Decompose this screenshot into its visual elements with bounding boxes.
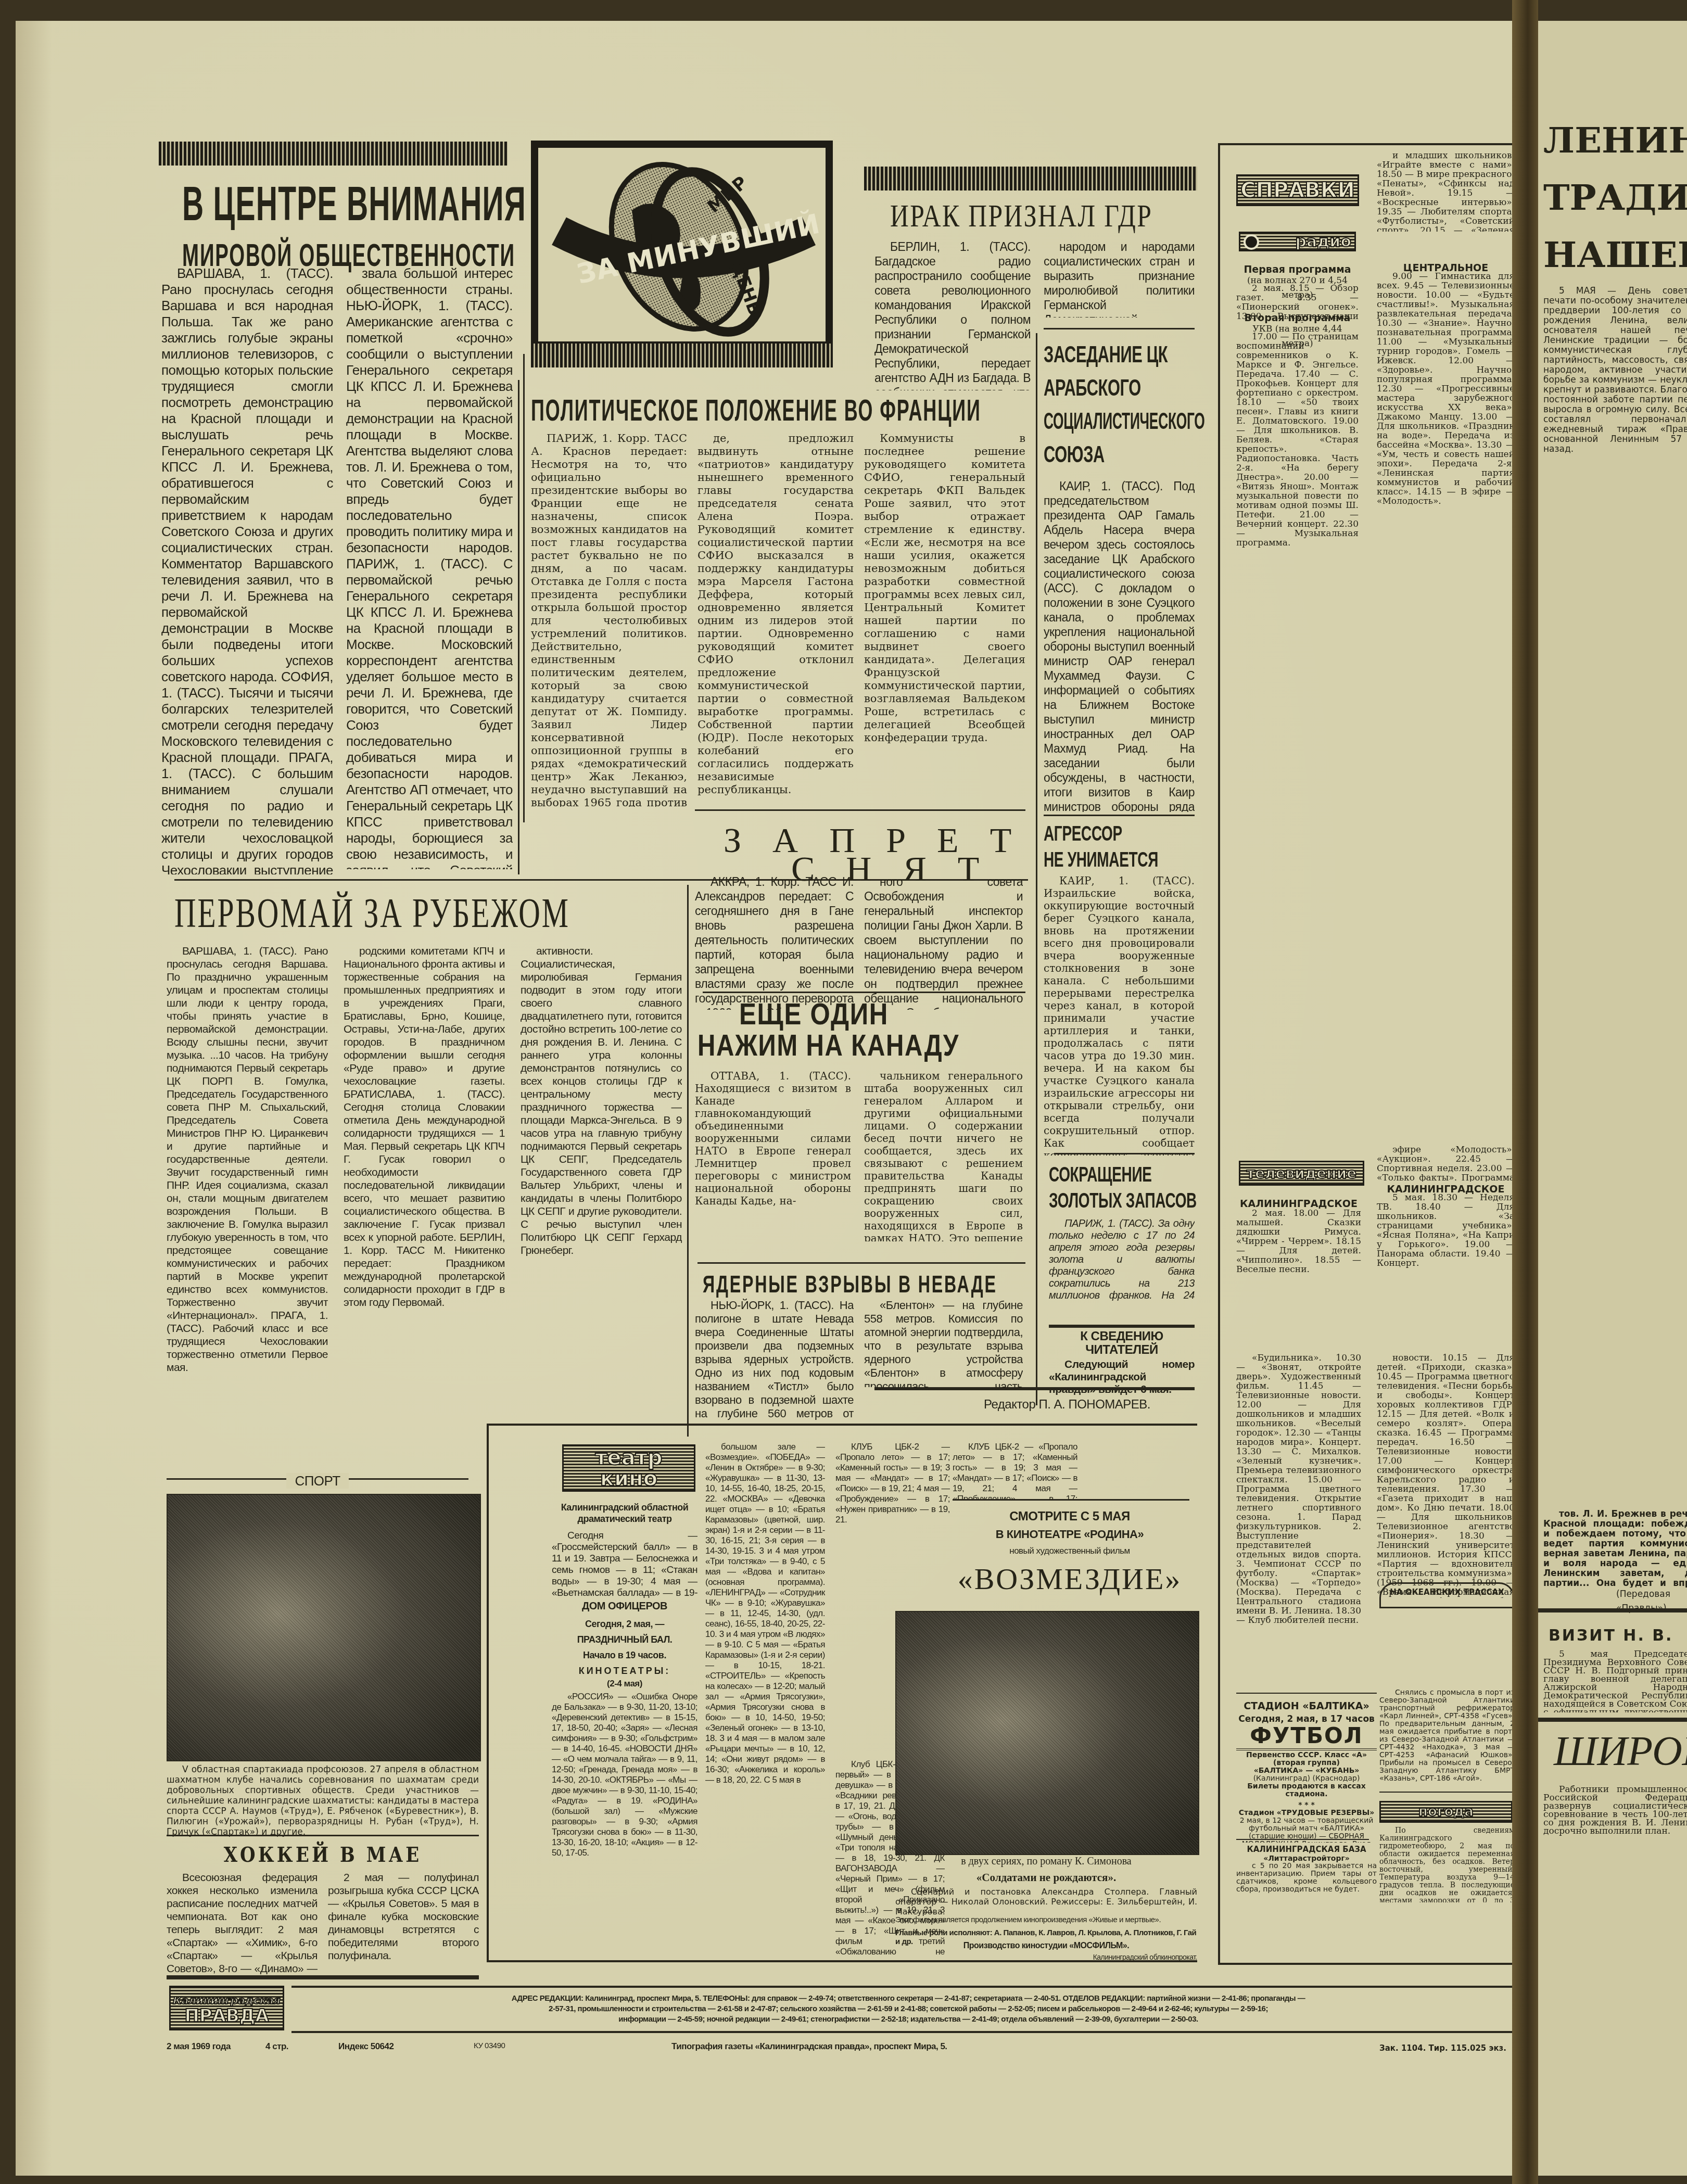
article-text: Всесоюзная федерация хоккея несколько из… <box>167 1871 318 1975</box>
article-column: Коммунисты в последнее решение руководящ… <box>864 432 1025 807</box>
headline-mayday-abroad: ПЕРВОМАЙ ЗА РУБЕЖОМ <box>174 890 570 937</box>
tv-schedule: эфире «Молодость». «Аукцион». 22.45 — Сп… <box>1377 1145 1515 1182</box>
next-page: ЛЕНИНСК ТРАДИЦ НАШЕЙ 5 МАЯ — День советс… <box>1538 21 1687 2176</box>
next-page-text: 5 МАЯ — День советской печати по-особому… <box>1543 286 1687 1561</box>
column-divider <box>518 380 519 874</box>
decorative-bar <box>864 167 1197 191</box>
cinema-listing: КЛУБ ЦБК-2 — «Пропало лето» — в 17; «Кам… <box>835 1442 950 1525</box>
schedule-text: «Будильника». 10.30 — «Звонят, откройте … <box>1236 1353 1361 1625</box>
article-text: звала большой интерес общественности стр… <box>346 265 513 869</box>
article-text: активности. Социалистическая, миролюбива… <box>521 945 682 1257</box>
article-column: АККРА, 1. Корр. ТАСС И. Александров пере… <box>695 874 854 1010</box>
readers-notice-title-1: К СВЕДЕНИЮ <box>1049 1330 1195 1343</box>
credits-text: Сценарий и постановка Александра Столпер… <box>895 1887 1197 1916</box>
divider <box>1054 1153 1195 1154</box>
newspaper-page: В ЦЕНТРЕ ВНИМАНИЯ МИРОВОЙ ОБЩЕСТВЕННОСТИ… <box>16 21 1525 2176</box>
headline-line: СОЮЗА <box>1044 438 1149 472</box>
headline-aggressor-1: АГРЕССОР <box>1044 822 1122 846</box>
theatre-cinema-logo: театр кино <box>562 1444 695 1492</box>
article-text: КАИР, 1. (ТАСС). Под председательством п… <box>1044 479 1195 812</box>
article-text: 2 мая — полуфинал розыгрыша кубка СССР Ц… <box>328 1871 479 1962</box>
article-column: ного совета Освобождения и генеральный и… <box>864 874 1023 1010</box>
film-studio: Производство киностудии «МОСФИЛЬМ». <box>895 1941 1197 1951</box>
article-text: ного совета Освобождения и генеральный и… <box>864 874 1023 1010</box>
divider <box>953 1499 1189 1501</box>
schedule-text: 17.00 — По страницам воспоминаний соврем… <box>1236 332 1359 548</box>
film-ad-line: В КИНОТЕАТРЕ «РОДИНА» <box>947 1528 1192 1541</box>
article-text: «Блентон» — на глубине 558 метров. Комис… <box>864 1299 1023 1387</box>
cinema-listing: КЛУБ ЦБК-2 — «Пропало лето» — в 17; «Кам… <box>953 1442 1077 1499</box>
stadium-title: СТАДИОН «БАЛТИКА» <box>1236 1699 1377 1713</box>
football-league: Первенство СССР. Класс «А» (вторая групп… <box>1236 1751 1377 1767</box>
column-divider <box>523 354 525 822</box>
article-text: 5 мая Председатель Президиума Верховного… <box>1543 1650 1687 1712</box>
article-column: КАИР, 1. (ТАСС). Под председательством п… <box>1044 479 1195 812</box>
schedule-text: 5 мая. 18.30 — Неделя ТВ. 18.40 — Для шк… <box>1377 1193 1515 1268</box>
radio-logo: радио <box>1239 232 1356 251</box>
headline-aggressor-2: НЕ УНИМАЕТСЯ <box>1044 848 1158 872</box>
film-distributor: Калининградский облкинопрокат. <box>1051 1953 1197 1961</box>
editor-name: Редактор П. А. ПОНОМАРЕВ. <box>984 1398 1150 1412</box>
theatre-listing: Сегодня — «Гроссмейстерский балл» — в 11… <box>552 1530 697 1598</box>
article-text: Следующий номер «Калининградской правды»… <box>1049 1358 1195 1396</box>
section-sport-label: СПОРТ <box>286 1473 348 1489</box>
tv-schedule: 9.00 — Гимнастика для всех. 9.45 — Телев… <box>1377 272 1515 1146</box>
article-text: АККРА, 1. Корр. ТАСС И. Александров пере… <box>695 874 854 1010</box>
editorial-address: АДРЕС РЕДАКЦИИ: Калининград, проспект Ми… <box>291 1993 1525 2025</box>
issue-date: 2 мая 1969 года <box>167 2041 231 2052</box>
stadium2-title: Стадион «ТРУДОВЫЕ РЕЗЕРВЫ» <box>1236 1809 1377 1817</box>
football-cities: (Калининград) (Краснодар) <box>1236 1775 1377 1783</box>
listing-text: КЛУБ ЦБК-2 — «Пропало лето» — в 17; «Кам… <box>953 1442 1077 1499</box>
article-text: де, предложил выдвинуть отныне «патриото… <box>697 432 854 796</box>
article-text: Работники промышленности Российской Феде… <box>1543 1785 1687 1835</box>
page-number: 4 стр. <box>265 2041 288 2052</box>
listing-text: Сегодня — «Гроссмейстерский балл» — в 11… <box>552 1530 697 1598</box>
tv-schedule: новости. 10.15 — Для детей. «Приходи, ск… <box>1377 1353 1515 1598</box>
divider <box>167 1975 479 1979</box>
film-novel: «Солдатами не рождаются». <box>895 1871 1197 1884</box>
headline-line: СОЦИАЛИСТИЧЕСКОГО <box>1044 405 1134 438</box>
football-info: Первенство СССР. Класс «А» (вторая групп… <box>1236 1751 1377 1843</box>
film-ad-line: СМОТРИТЕ С 5 МАЯ <box>947 1509 1192 1524</box>
listing-text: «РОССИЯ» — «Ошибка Оноре де Бальзака» — … <box>552 1692 697 1858</box>
address-line: АДРЕС РЕДАКЦИИ: Калининград, проспект Ми… <box>291 1993 1525 2004</box>
article-text: родскими комитетами КПЧ и Национального … <box>344 945 505 1309</box>
divider <box>703 992 1025 993</box>
radio-icon <box>1244 234 1259 250</box>
column-divider <box>687 885 689 1437</box>
next-headline: НАШЕЙ <box>1543 234 1687 276</box>
officers-listing: Начало в 19 часов. <box>552 1650 697 1661</box>
divider <box>1236 1839 1369 1840</box>
divider <box>874 1387 1195 1390</box>
decorative-bar <box>531 344 833 367</box>
reference-logo: СПРАВКИ <box>1236 174 1359 206</box>
headline-canada-2: НАЖИМ НА КАНАДУ <box>697 1028 959 1063</box>
world-day-logo-frame: ЗА МИНУВШИЙ МИР ДЕНЬ <box>531 141 833 349</box>
section-sport: СПОРТ <box>167 1473 468 1489</box>
headline-line: АРАБСКОГО <box>1044 372 1149 405</box>
article-column: звала большой интерес общественности стр… <box>346 265 513 869</box>
article-text: ПАРИЖ, 1. (ТАСС). За одну только неделю … <box>1049 1218 1195 1301</box>
spacer <box>713 1811 828 1812</box>
article-text: тов. Л. И. Брежнев в речи на Красной пло… <box>1543 1509 1687 1588</box>
divider <box>1538 1608 1687 1612</box>
film-ad-line: новый художественный фильм <box>947 1546 1192 1556</box>
schedule-text: 2 мая. 18.00 — Для малышей. Сказки дядюш… <box>1236 1209 1361 1274</box>
divider <box>1044 328 1195 329</box>
divider <box>695 809 1025 811</box>
column-divider <box>1036 333 1037 1405</box>
article-column: ОТТАВА, 1. (ТАСС). Находящиеся с визитом… <box>695 1070 851 1241</box>
headline-gold-2: ЗОЛОТЫХ ЗАПАСОВ <box>1049 1189 1197 1213</box>
divider <box>1538 1718 1687 1722</box>
divider <box>1044 815 1195 816</box>
article-text: ВАРШАВА, 1. (ТАСС). Рано проснулась сего… <box>167 945 328 1374</box>
subscription-index: Индекс 50642 <box>338 2041 394 2052</box>
caption-text: V областная спартакиада профсоюзов. 27 а… <box>167 1764 479 1837</box>
article-column: родскими комитетами КПЧ и Национального … <box>344 945 505 1470</box>
article-column: ВАРШАВА, 1. (ТАСС). Рано проснулась сего… <box>161 265 333 874</box>
football-logo: ФУТБОЛ <box>1236 1723 1377 1750</box>
weather-forecast: По сведениям Калининградского гидрометео… <box>1379 1827 1515 1902</box>
photo-film-still <box>895 1611 1199 1855</box>
headline-nevada: ЯДЕРНЫЕ ВЗРЫВЫ В НЕВАДЕ <box>703 1270 997 1298</box>
base-body: с 5 по 20 мая закрывается на инвентариза… <box>1236 1862 1377 1901</box>
schedule-text: новости. 10.15 — Для детей. «Приходи, ск… <box>1377 1353 1515 1598</box>
headline-line: ЗАСЕДАНИЕ ЦК <box>1044 338 1149 372</box>
tv-schedule: 5 мая. 18.30 — Неделя ТВ. 18.40 — Для шк… <box>1377 1193 1515 1349</box>
article-column: НЬЮ-ЙОРК, 1. (ТАСС). На полигоне в штате… <box>695 1299 854 1424</box>
headline-gold-1: СОКРАЩЕНИЕ <box>1049 1163 1152 1187</box>
divider <box>1236 1693 1377 1694</box>
article-column: ПАРИЖ, 1. Корр. ТАСС А. Краснов передает… <box>531 432 687 807</box>
cinema-listing: «РОССИЯ» — «Ошибка Оноре де Бальзака» — … <box>552 1692 697 1952</box>
football-match: «БАЛТИКА» — «КУБАНЬ» <box>1236 1767 1377 1775</box>
film-title: «ВОЗМЕЗДИЕ» <box>947 1561 1192 1596</box>
officers-house-title: ДОМ ОФИЦЕРОВ <box>552 1601 697 1612</box>
tv-schedule: «Будильника». 10.30 — «Звонят, откройте … <box>1236 1353 1361 1686</box>
article-column: КАИР, 1. (ТАСС). Израильские войска, окк… <box>1044 874 1195 1156</box>
address-line: информации — 2-45-59; ночной редакции — … <box>291 2014 1525 2025</box>
ocean-routes-body: Снялись с промысла в порт из Северо-Запа… <box>1379 1689 1515 1788</box>
photo-caption: V областная спартакиада профсоюзов. 27 а… <box>167 1764 479 1837</box>
logo-text: кино <box>600 1468 657 1489</box>
decorative-bar <box>159 142 508 166</box>
divider <box>291 1986 1525 1988</box>
headline-canada-1: ЕЩЕ ОДИН <box>739 997 889 1032</box>
next-page-text: 5 мая Председатель Президиума Верховного… <box>1543 1650 1687 1712</box>
cinemas-heading: КИНОТЕАТРЫ: <box>552 1666 697 1677</box>
divider <box>1379 1792 1512 1793</box>
radio-schedule: и младших школьников. «Играйте вместе с … <box>1377 151 1515 232</box>
listing-text: КЛУБ ЦБК-2 — «Пропало лето» — в 17; «Кам… <box>835 1442 950 1525</box>
readers-notice-body: Следующий номер «Калининградской правды»… <box>1049 1358 1195 1400</box>
cinema-listing: большом зале — «Возмездие». «ПОБЕДА» — «… <box>705 1442 825 1952</box>
newspaper-logo: Калининградская ПРАВДА <box>169 1986 284 2030</box>
football-tickets: Билеты продаются в кассах стадиона. <box>1236 1783 1377 1798</box>
next-page-text: тов. Л. И. Брежнев в речи на Красной пло… <box>1543 1509 1687 1588</box>
article-text: народом и народами социалистических стра… <box>1044 239 1195 318</box>
divider <box>1049 1325 1195 1328</box>
listing-text: большом зале — «Возмездие». «ПОБЕДА» — «… <box>705 1442 825 1785</box>
article-text: Коммунисты в последнее решение руководящ… <box>864 432 1025 744</box>
divider <box>167 1835 479 1836</box>
article-text: НЬЮ-ЙОРК, 1. (ТАСС). На полигоне в штате… <box>695 1299 854 1424</box>
page-gutter <box>1512 0 1538 2184</box>
headline-france: ПОЛИТИЧЕСКОЕ ПОЛОЖЕНИЕ ВО ФРАНЦИИ <box>531 393 981 428</box>
officers-listing: ПРАЗДНИЧНЫЙ БАЛ. <box>552 1634 697 1645</box>
article-text: ОТТАВА, 1. (ТАСС). Находящиеся с визитом… <box>695 1070 851 1207</box>
article-column: Всесоюзная федерация хоккея несколько из… <box>167 1871 318 1975</box>
photo-chess-players <box>167 1494 481 1761</box>
logo-text: телевидение <box>1247 1165 1357 1182</box>
forecast-text: По сведениям Калининградского гидрометео… <box>1379 1827 1515 1902</box>
notice-text: с 5 по 20 мая закрывается на инвентариза… <box>1236 1862 1377 1894</box>
article-text: чальником генерального штаба вооруженных… <box>864 1070 1023 1241</box>
article-column: «Блентон» — на глубине 558 метров. Комис… <box>864 1299 1023 1387</box>
ku-code: КУ 03490 <box>474 2041 505 2050</box>
article-column: активности. Социалистическая, миролюбива… <box>521 945 682 1460</box>
headline-center-attention: В ЦЕНТРЕ ВНИМАНИЯ <box>182 177 526 232</box>
next-headline: ШИРОК <box>1554 1728 1687 1775</box>
logo-text: театр <box>595 1447 662 1468</box>
divider <box>291 2031 1525 2033</box>
film-series: в двух сериях, по роману К. Симонова <box>895 1856 1197 1868</box>
headline-arab-union: ЗАСЕДАНИЕ ЦК АРАБСКОГО СОЦИАЛИСТИЧЕСКОГО… <box>1044 338 1195 472</box>
logo-text: радио <box>1295 233 1351 251</box>
logo-text: погода <box>1418 1804 1474 1820</box>
cinemas-dates: (2-4 мая) <box>552 1679 697 1689</box>
drama-theatre-name: Калининградский областной драматический … <box>552 1502 697 1533</box>
article-text: ВАРШАВА, 1. (ТАСС). Рано проснулась сего… <box>161 265 333 874</box>
schedule-text: 9.00 — Гимнастика для всех. 9.45 — Телев… <box>1377 272 1515 506</box>
article-text: БЕРЛИН, 1. (ТАСС). Багдадское радио расп… <box>874 239 1031 390</box>
article-column: чальником генерального штаба вооруженных… <box>864 1070 1023 1241</box>
headline-hockey: ХОККЕЙ В МАЕ <box>190 1843 455 1867</box>
next-headline: ТРАДИЦ <box>1543 177 1687 219</box>
next-headline: ЛЕНИНСК <box>1543 120 1687 161</box>
article-text: ПАРИЖ, 1. Корр. ТАСС А. Краснов передает… <box>531 432 687 807</box>
schedule-text: и младших школьников. «Играйте вместе с … <box>1377 151 1515 232</box>
article-column: народом и народами социалистических стра… <box>1044 239 1195 318</box>
article-column: 2 мая — полуфинал розыгрыша кубка СССР Ц… <box>328 1871 479 1965</box>
film-sequel-text: Этот фильм является продолжением кинопро… <box>895 1915 1197 1924</box>
readers-notice-title-2: ЧИТАТЕЛЕЙ <box>1049 1343 1195 1357</box>
next-page-text: Работники промышленности Российской Феде… <box>1543 1785 1687 1983</box>
notice-text: Снялись с промысла в порт из Северо-Запа… <box>1379 1689 1515 1783</box>
article-text: КАИР, 1. (ТАСС). Израильские войска, окк… <box>1044 874 1195 1156</box>
print-order: Зак. 1104. Тир. 115.025 экз. <box>1379 2041 1506 2055</box>
tv-logo: телевидение <box>1239 1161 1364 1186</box>
article-column: БЕРЛИН, 1. (ТАСС). Багдадское радио расп… <box>874 239 1031 390</box>
officers-listing: Сегодня, 2 мая, — <box>552 1619 697 1630</box>
printer-info: Типография газеты «Калининградская правд… <box>671 2041 947 2052</box>
address-line: 2-57-31, промышленности и строительства … <box>291 2004 1525 2014</box>
article-column: ВАРШАВА, 1. (ТАСС). Рано проснулась сего… <box>167 945 328 1470</box>
article-column: ПАРИЖ, 1. (ТАСС). За одну только неделю … <box>1049 1218 1195 1301</box>
headline-iraq: ИРАК ПРИЗНАЛ ГДР <box>890 198 1152 235</box>
weather-logo: погода <box>1379 1801 1513 1823</box>
schedule-text: эфире «Молодость». «Аукцион». 22.45 — Сп… <box>1377 1145 1515 1182</box>
logo-text: ПРАВДА <box>184 2008 269 2024</box>
article-text: 5 МАЯ — День советской печати по-особому… <box>1543 286 1687 454</box>
divider <box>697 1262 1025 1264</box>
separator-stars: * * * <box>1236 1801 1377 1809</box>
article-column: де, предложил выдвинуть отныне «патриото… <box>697 432 854 807</box>
tv-schedule: 2 мая. 18.00 — Для малышей. Сказки дядюш… <box>1236 1209 1361 1354</box>
radio-schedule: 17.00 — По страницам воспоминаний соврем… <box>1236 332 1359 1144</box>
ocean-routes-logo: НА ОКЕАНСКИХ ТРАССАХ <box>1379 1582 1515 1608</box>
next-headline: ВИЗИТ Н. В. <box>1549 1627 1673 1645</box>
